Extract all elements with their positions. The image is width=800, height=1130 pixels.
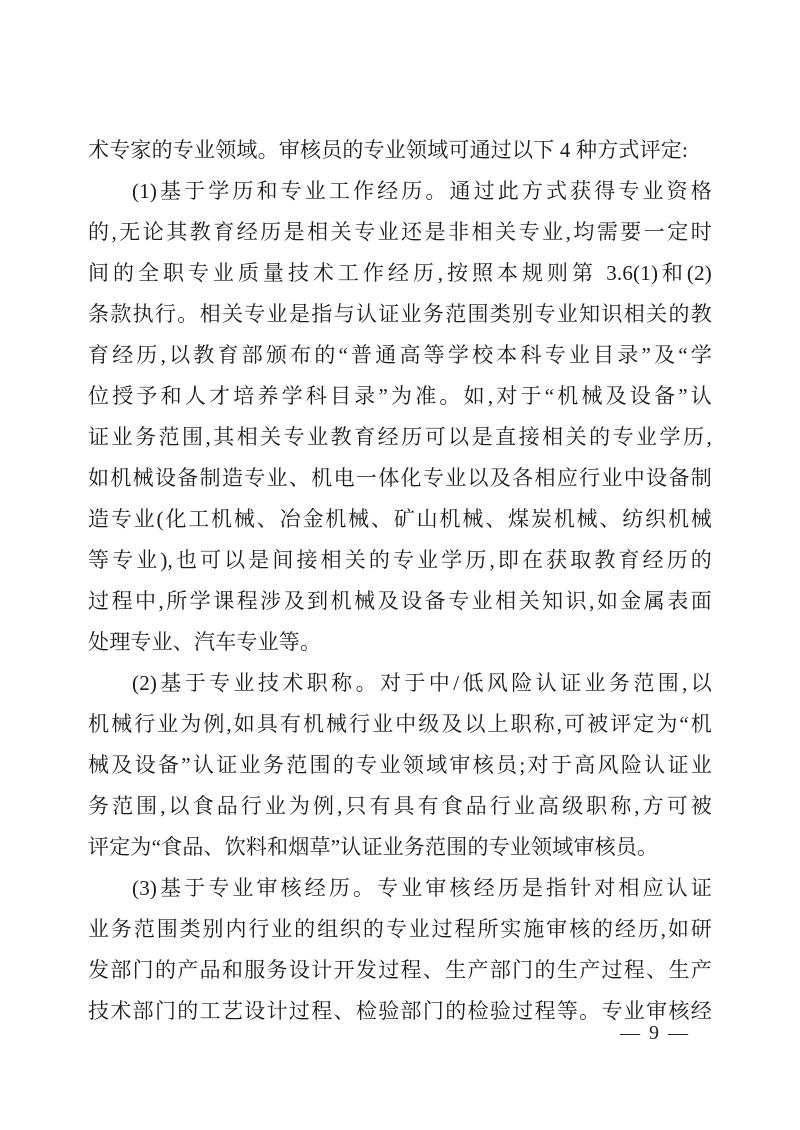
document-page: 术专家的专业领域。审核员的专业领域可通过以下 4 种方式评定:(1)基于学历和专… [0, 0, 800, 1130]
text-line: 的,无论其教育经历是相关专业还是非相关专业,均需要一定时 [88, 212, 712, 253]
text-line: 术专家的专业领域。审核员的专业领域可通过以下 4 种方式评定: [88, 130, 712, 171]
text-line: 技术部门的工艺设计过程、检验部门的检验过程等。专业审核经 [88, 991, 712, 1032]
text-line: 育经历,以教育部颁布的“普通高等学校本科专业目录”及“学 [88, 335, 712, 376]
text-line: 等专业),也可以是间接相关的专业学历,即在获取教育经历的 [88, 540, 712, 581]
page-number: — 9 — [620, 1022, 690, 1045]
text-line: 证业务范围,其相关专业教育经历可以是直接相关的专业学历, [88, 417, 712, 458]
text-line: 间的全职专业质量技术工作经历,按照本规则第 3.6(1)和(2) [88, 253, 712, 294]
text-line: (2)基于专业技术职称。对于中/低风险认证业务范围,以 [88, 663, 712, 704]
text-line: 位授予和人才培养学科目录”为准。如,对于“机械及设备”认 [88, 376, 712, 417]
text-line: (3)基于专业审核经历。专业审核经历是指针对相应认证 [88, 868, 712, 909]
text-line: (1)基于学历和专业工作经历。通过此方式获得专业资格 [88, 171, 712, 212]
text-line: 机械行业为例,如具有机械行业中级及以上职称,可被评定为“机 [88, 704, 712, 745]
text-line: 过程中,所学课程涉及到机械及设备专业相关知识,如金属表面 [88, 581, 712, 622]
body-text: 术专家的专业领域。审核员的专业领域可通过以下 4 种方式评定:(1)基于学历和专… [88, 130, 712, 1032]
text-line: 评定为“食品、饮料和烟草”认证业务范围的专业领域审核员。 [88, 827, 712, 868]
text-line: 业务范围类别内行业的组织的专业过程所实施审核的经历,如研 [88, 909, 712, 950]
text-line: 条款执行。相关专业是指与认证业务范围类别专业知识相关的教 [88, 294, 712, 335]
text-line: 处理专业、汽车专业等。 [88, 622, 712, 663]
text-line: 发部门的产品和服务设计开发过程、生产部门的生产过程、生产 [88, 950, 712, 991]
text-line: 如机械设备制造专业、机电一体化专业以及各相应行业中设备制 [88, 458, 712, 499]
text-line: 械及设备”认证业务范围的专业领域审核员;对于高风险认证业 [88, 745, 712, 786]
text-line: 务范围,以食品行业为例,只有具有食品行业高级职称,方可被 [88, 786, 712, 827]
text-line: 造专业(化工机械、冶金机械、矿山机械、煤炭机械、纺织机械 [88, 499, 712, 540]
